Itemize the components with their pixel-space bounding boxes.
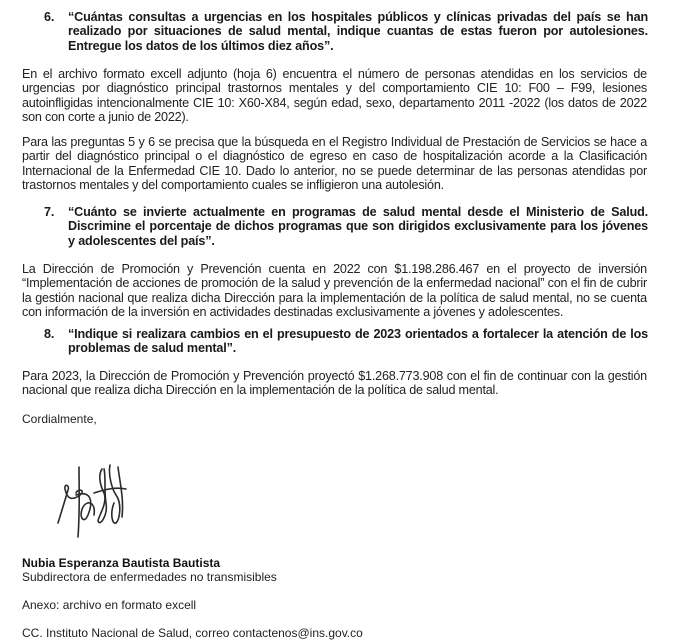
- question-6: 6. “Cuántas consultas a urgencias en los…: [44, 10, 648, 53]
- answer-6-paragraph-1: En el archivo formato excell adjunto (ho…: [22, 67, 647, 125]
- question-number: 8.: [44, 327, 66, 341]
- question-number: 6.: [44, 10, 66, 24]
- annex-note: Anexo: archivo en formato excell: [22, 598, 196, 612]
- question-number: 7.: [44, 205, 66, 219]
- question-8: 8. “Indique si realizara cambios en el p…: [44, 327, 648, 356]
- question-7: 7. “Cuánto se invierte actualmente en pr…: [44, 205, 648, 248]
- signature-icon: [50, 455, 150, 545]
- question-text: “Indique si realizara cambios en el pres…: [68, 327, 648, 356]
- salutation: Cordialmente,: [22, 412, 97, 426]
- answer-7-paragraph: La Dirección de Promoción y Prevención c…: [22, 262, 647, 320]
- signer-name: Nubia Esperanza Bautista Bautista: [22, 556, 220, 570]
- question-text: “Cuánto se invierte actualmente en progr…: [68, 205, 648, 248]
- answer-6-paragraph-2: Para las preguntas 5 y 6 se precisa que …: [22, 135, 647, 193]
- question-text: “Cuántas consultas a urgencias en los ho…: [68, 10, 648, 53]
- signer-title: Subdirectora de enfermedades no transmis…: [22, 570, 277, 584]
- cc-note: CC. Instituto Nacional de Salud, correo …: [22, 626, 363, 640]
- answer-8-paragraph: Para 2023, la Dirección de Promoción y P…: [22, 369, 647, 398]
- letter-page: 6. “Cuántas consultas a urgencias en los…: [0, 0, 700, 643]
